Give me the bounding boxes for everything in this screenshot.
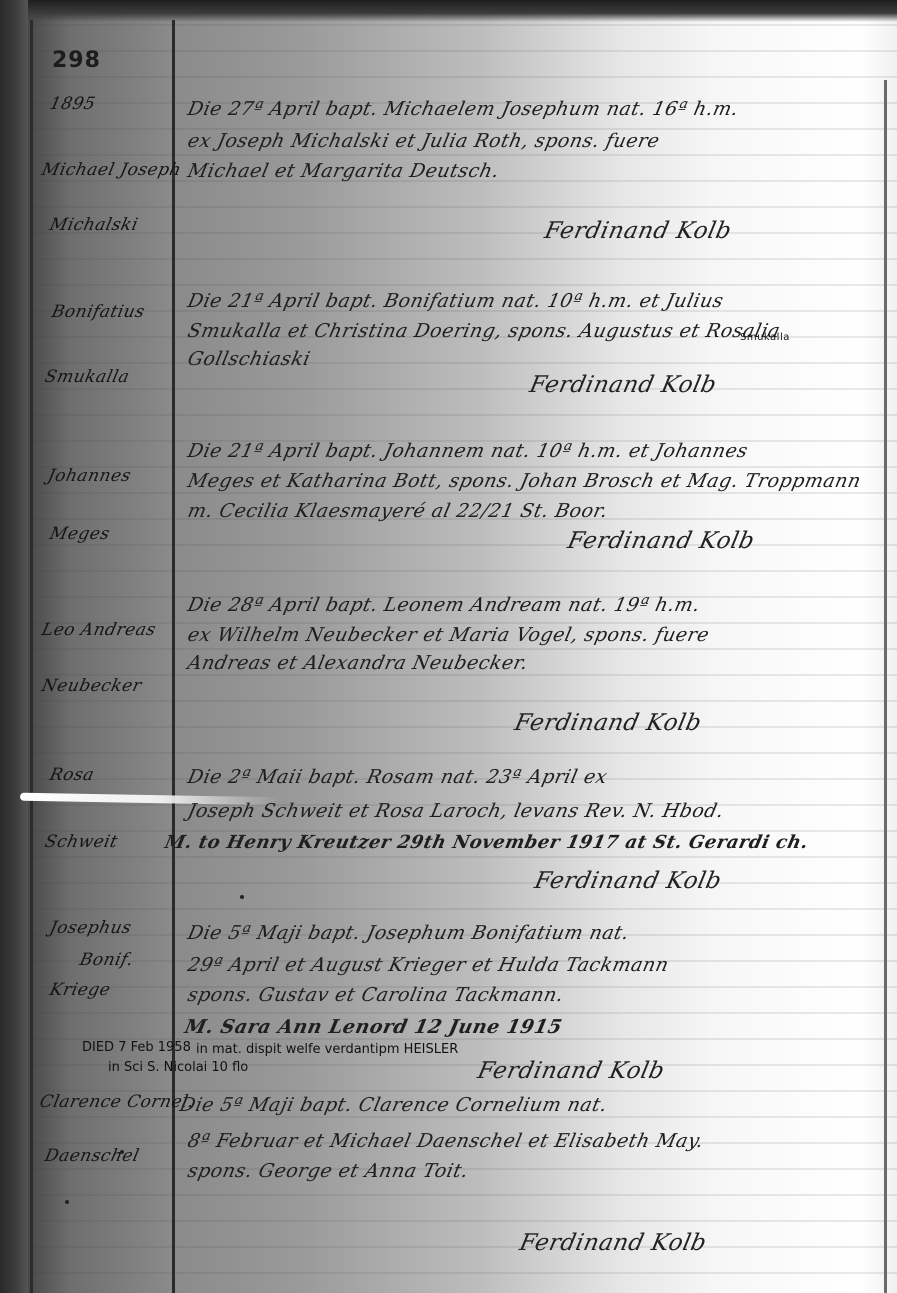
entry-line: Die 28ª April bapt. Leonem Andream nat. … — [186, 594, 703, 616]
entry-line: ex Joseph Michalski et Julia Roth, spons… — [186, 130, 662, 152]
interlinear-note: Smukalla — [740, 332, 790, 343]
entry-line: spons. Gustav et Carolina Tackmann. — [186, 984, 566, 1006]
entry-line: spons. George et Anna Toit. — [186, 1160, 471, 1182]
marriage-note: M. to Henry Kreutzer 29th November 1917 … — [163, 832, 811, 853]
margin-name: Meges — [48, 524, 112, 544]
scan-top-shadow — [0, 0, 897, 22]
priest-signature: Ferdinand Kolb — [527, 372, 719, 398]
margin-name: Kriege — [48, 980, 113, 1000]
entry-line: Andreas et Alexandra Neubecker. — [186, 652, 531, 674]
margin-name: Leo Andreas — [40, 620, 158, 640]
death-annotation: in Sci S. Nicolai 10 flo — [108, 1060, 248, 1075]
margin-name: Smukalla — [43, 367, 131, 387]
priest-signature: Ferdinand Kolb — [565, 528, 757, 554]
entry-line: Die 21ª April bapt. Bonifatium nat. 10ª … — [186, 290, 726, 312]
entry-line: 29ª April et August Krieger et Hulda Tac… — [186, 954, 671, 976]
entry-line: Michael et Margarita Deutsch. — [186, 160, 502, 182]
entry-line: Die 2ª Maii bapt. Rosam nat. 23ª April e… — [186, 766, 610, 788]
margin-name: Josephus — [48, 918, 134, 938]
priest-signature: Ferdinand Kolb — [532, 868, 724, 894]
margin-name: Michael Joseph — [40, 160, 183, 180]
margin-name: Rosa — [48, 765, 96, 785]
scan-speck — [240, 895, 244, 899]
margin-name: Michalski — [48, 215, 140, 235]
priest-signature: Ferdinand Kolb — [517, 1230, 709, 1256]
scan-speck — [65, 1200, 69, 1204]
entry-line: 8ª Februar et Michael Daenschel et Elisa… — [186, 1130, 706, 1152]
priest-signature: Ferdinand Kolb — [542, 218, 734, 244]
margin-name: Neubecker — [40, 676, 144, 696]
margin-name: Schweit — [43, 832, 120, 852]
entry-line: Die 5ª Maji bapt. Clarence Cornelium nat… — [178, 1094, 610, 1116]
year-label: 1895 — [48, 94, 98, 114]
book-binding — [0, 0, 28, 1293]
entry-line: Gollschiaski — [186, 348, 313, 370]
priest-signature: Ferdinand Kolb — [475, 1058, 667, 1084]
register-page: 298 1895 Michael Joseph Michalski Die 27… — [0, 0, 897, 1293]
right-margin-rule — [884, 80, 887, 1293]
priest-signature: Ferdinand Kolb — [512, 710, 704, 736]
entry-line: Die 27ª April bapt. Michaelem Josephum n… — [186, 98, 741, 120]
left-margin-rule — [30, 20, 33, 1293]
entry-line: Joseph Schweit et Rosa Laroch, levans Re… — [186, 800, 726, 822]
page-number: 298 — [52, 48, 101, 73]
death-annotation: DIED 7 Feb 1958 — [82, 1040, 191, 1055]
entry-line: ex Wilhelm Neubecker et Maria Vogel, spo… — [186, 624, 712, 646]
scan-speck — [120, 1150, 124, 1154]
entry-line: Meges et Katharina Bott, spons. Johan Br… — [186, 470, 863, 492]
entry-line: Smukalla et Christina Doering, spons. Au… — [186, 320, 783, 342]
entry-line: Die 21ª April bapt. Johannem nat. 10ª h.… — [186, 440, 750, 462]
margin-name: Johannes — [46, 466, 133, 486]
margin-name: Clarence Cornel. — [38, 1092, 196, 1112]
entry-line: Die 5ª Maji bapt. Josephum Bonifatium na… — [186, 922, 632, 944]
marriage-note: M. Sara Ann Lenord 12 June 1915 — [183, 1016, 565, 1038]
inline-annotation: in mat. dispit welfe verdantipm HEISLER — [196, 1042, 458, 1057]
margin-name: Bonif. — [78, 950, 135, 970]
margin-name: Bonifatius — [50, 302, 147, 322]
entry-line: m. Cecilia Klaesmayeré al 22/21 St. Boor… — [186, 500, 610, 522]
margin-name: Daenschel — [43, 1146, 141, 1166]
